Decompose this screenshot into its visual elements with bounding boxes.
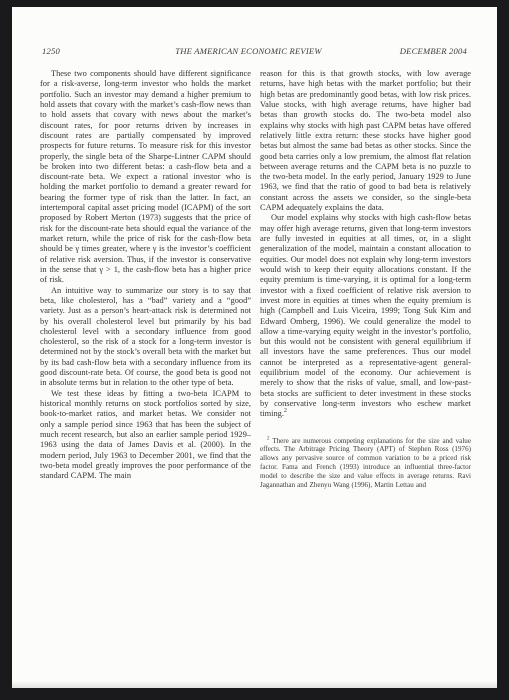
paragraph-cholesterol-analogy: An intuitive way to summarize our story … — [40, 286, 251, 389]
page-header: 1250 THE AMERICAN ECONOMIC REVIEW DECEMB… — [42, 46, 467, 56]
journal-title: THE AMERICAN ECONOMIC REVIEW — [112, 46, 385, 56]
two-column-body: These two components should have differe… — [40, 69, 471, 490]
journal-page: 1250 THE AMERICAN ECONOMIC REVIEW DECEMB… — [12, 7, 497, 688]
page-number: 1250 — [42, 46, 112, 56]
footnote-text: There are numerous competing explanation… — [260, 437, 471, 489]
footnote-marker: 2 — [267, 436, 270, 441]
footnote: 2 There are numerous competing explanati… — [260, 437, 471, 490]
paragraph-test-ideas: We test these ideas by fitting a two-bet… — [40, 389, 251, 482]
footnote-reference-mark: 2 — [284, 409, 287, 415]
paragraph-components: These two components should have differe… — [40, 69, 251, 286]
paragraph-model-explains: Our model explains why stocks with high … — [260, 213, 471, 419]
right-column: reason for this is that growth stocks, w… — [260, 69, 471, 490]
paragraph-growth-value-continuation: reason for this is that growth stocks, w… — [260, 69, 471, 213]
issue-date: DECEMBER 2004 — [385, 46, 467, 56]
paragraph-model-explains-text: Our model explains why stocks with high … — [260, 213, 471, 418]
left-column: These two components should have differe… — [40, 69, 251, 490]
